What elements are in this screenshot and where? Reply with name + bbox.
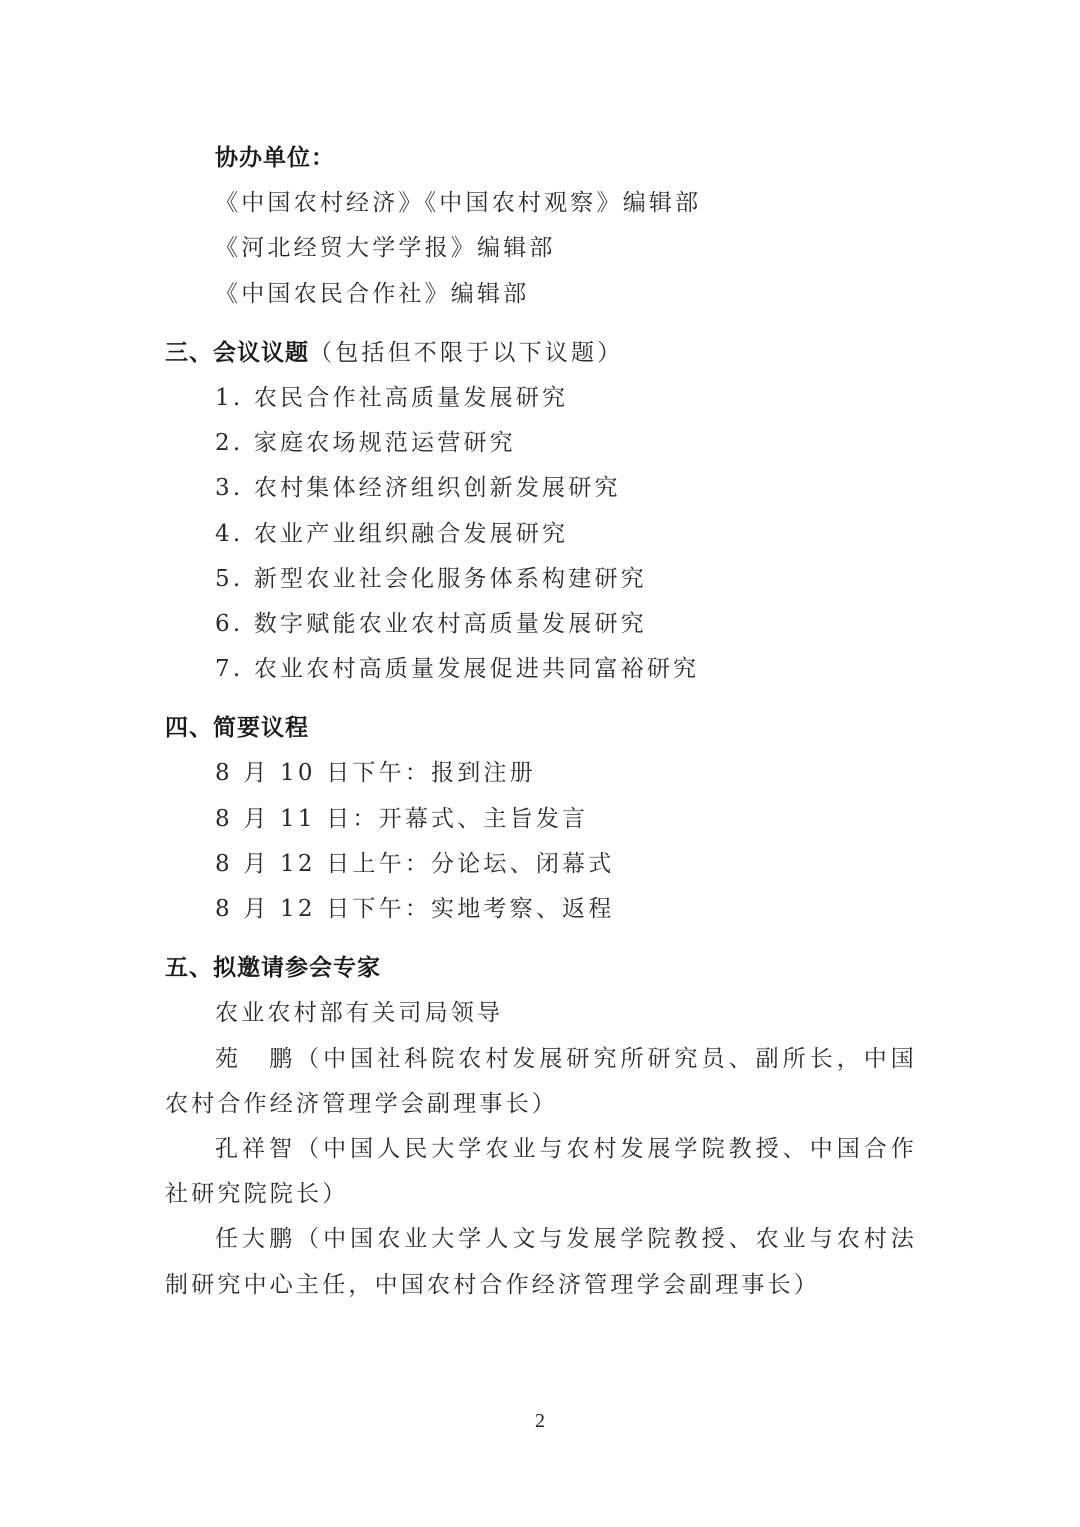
section-3-note: （包括但不限于以下议题）	[309, 340, 623, 366]
expert-item: 苑 鹏（中国社科院农村发展研究所研究员、副所长，中国农村合作经济管理学会副理事长…	[165, 1037, 917, 1127]
document-page: 协办单位： 《中国农村经济》《中国农村观察》编辑部 《河北经贸大学学报》编辑部 …	[165, 136, 917, 1308]
section-4-title: 四、简要议程	[165, 706, 917, 751]
page-number: 2	[0, 1410, 1080, 1433]
section-3-heading: 三、会议议题（包括但不限于以下议题）	[165, 331, 917, 376]
topic-item: 6. 数字赋能农业农村高质量发展研究	[165, 602, 917, 647]
agenda-item: 8 月 12 日下午：实地考察、返程	[165, 887, 917, 932]
topic-item: 4. 农业产业组织融合发展研究	[165, 512, 917, 557]
section-5-title: 五、拟邀请参会专家	[165, 946, 917, 991]
section-3-title: 三、会议议题	[165, 340, 309, 366]
co-organizer-item: 《河北经贸大学学报》编辑部	[165, 226, 917, 271]
topic-item: 3. 农村集体经济组织创新发展研究	[165, 466, 917, 511]
expert-item: 任大鹏（中国农业大学人文与发展学院教授、农业与农村法制研究中心主任，中国农村合作…	[165, 1217, 917, 1307]
agenda-item: 8 月 10 日下午：报到注册	[165, 751, 917, 796]
topic-item: 5. 新型农业社会化服务体系构建研究	[165, 557, 917, 602]
co-organizers-title: 协办单位：	[165, 136, 917, 181]
agenda-item: 8 月 12 日上午：分论坛、闭幕式	[165, 842, 917, 887]
topic-item: 7. 农业农村高质量发展促进共同富裕研究	[165, 647, 917, 692]
agenda-item: 8 月 11 日：开幕式、主旨发言	[165, 797, 917, 842]
expert-item: 农业农村部有关司局领导	[165, 991, 917, 1036]
topic-item: 2. 家庭农场规范运营研究	[165, 421, 917, 466]
co-organizer-item: 《中国农村经济》《中国农村观察》编辑部	[165, 181, 917, 226]
topic-item: 1. 农民合作社高质量发展研究	[165, 376, 917, 421]
co-organizer-item: 《中国农民合作社》编辑部	[165, 272, 917, 317]
expert-item: 孔祥智（中国人民大学农业与农村发展学院教授、中国合作社研究院院长）	[165, 1127, 917, 1217]
